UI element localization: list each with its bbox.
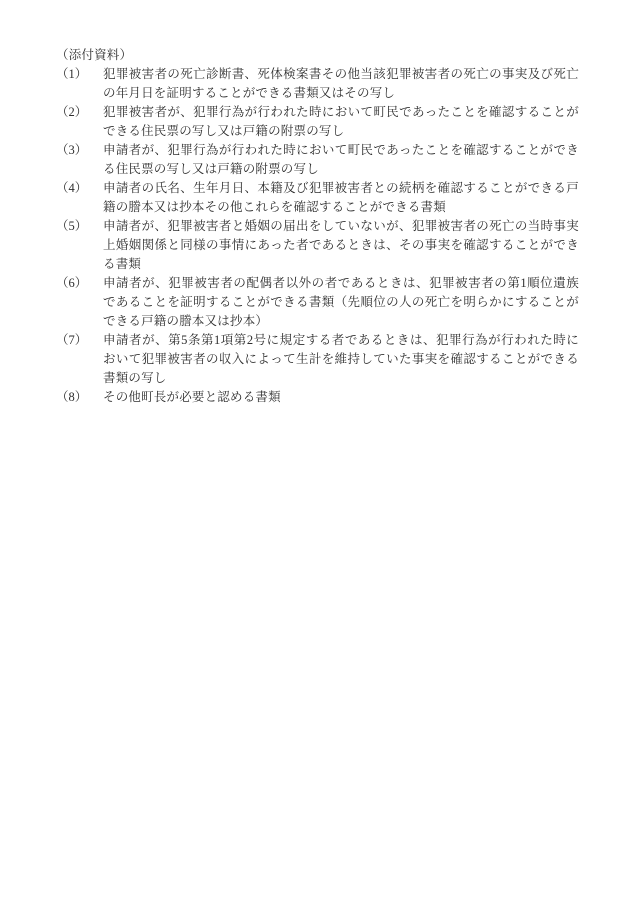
item-text: 犯罪被害者が、犯罪行為が行われた時において町民であったことを確認することができる… (103, 103, 579, 141)
item-text: 申請者の氏名、生年月日、本籍及び犯罪被害者との続柄を確認することができる戸籍の謄… (103, 179, 579, 217)
list-item-7: （7） 申請者が、第5条第1項第2号に規定する者であるときは、犯罪行為が行われた… (56, 331, 630, 388)
list-item-8: （8） その他町長が必要と認める書類 (56, 388, 630, 407)
item-text: その他町長が必要と認める書類 (103, 388, 579, 407)
item-text: 犯罪被害者の死亡診断書、死体検案書その他当該犯罪被害者の死亡の事実及び死亡の年月… (103, 65, 579, 103)
item-number: （1） (56, 65, 103, 84)
item-number: （5） (56, 217, 103, 236)
item-number: （8） (56, 388, 103, 407)
document-page: （添付資料） （1） 犯罪被害者の死亡診断書、死体検案書その他当該犯罪被害者の死… (0, 0, 630, 903)
item-text: 申請者が、犯罪行為が行われた時において町民であったことを確認することができる住民… (103, 141, 579, 179)
attachment-materials-title: （添付資料） (56, 46, 630, 65)
list-item-1: （1） 犯罪被害者の死亡診断書、死体検案書その他当該犯罪被害者の死亡の事実及び死… (56, 65, 630, 103)
item-text: 申請者が、犯罪被害者の配偶者以外の者であるときは、犯罪被害者の第1順位遺族である… (103, 274, 579, 331)
item-text: 申請者が、第5条第1項第2号に規定する者であるときは、犯罪行為が行われた時におい… (103, 331, 579, 388)
item-number: （3） (56, 141, 103, 160)
item-number: （4） (56, 179, 103, 198)
item-number: （6） (56, 274, 103, 293)
list-item-5: （5） 申請者が、犯罪被害者と婚姻の届出をしていないが、犯罪被害者の死亡の当時事… (56, 217, 630, 274)
item-number: （7） (56, 331, 103, 350)
item-number: （2） (56, 103, 103, 122)
item-text: 申請者が、犯罪被害者と婚姻の届出をしていないが、犯罪被害者の死亡の当時事実上婚姻… (103, 217, 579, 274)
list-item-4: （4） 申請者の氏名、生年月日、本籍及び犯罪被害者との続柄を確認することができる… (56, 179, 630, 217)
list-item-6: （6） 申請者が、犯罪被害者の配偶者以外の者であるときは、犯罪被害者の第1順位遺… (56, 274, 630, 331)
list-item-2: （2） 犯罪被害者が、犯罪行為が行われた時において町民であったことを確認すること… (56, 103, 630, 141)
list-item-3: （3） 申請者が、犯罪行為が行われた時において町民であったことを確認することがで… (56, 141, 630, 179)
